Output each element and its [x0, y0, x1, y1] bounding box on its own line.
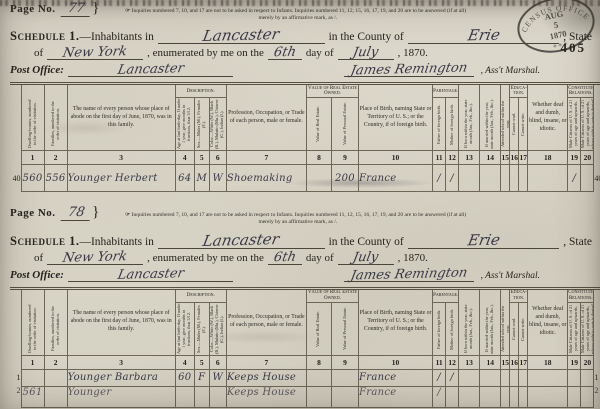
state-blank: New York	[47, 46, 143, 60]
day-blank: 6th	[268, 46, 302, 60]
cell-deaf-dumb	[528, 369, 568, 386]
cell-sex: M	[194, 165, 209, 192]
schedule-page-78: Page No. 78 } ☞ Inquiries numbered 7, 10…	[0, 204, 600, 407]
column-number: 3	[67, 151, 175, 165]
state-value: New York	[62, 250, 128, 265]
schedule-page-77: Page No. 77 } ☞ Inquiries numbered 7, 10…	[0, 0, 600, 192]
column-number: 11	[433, 151, 446, 165]
column-number: 9	[331, 355, 358, 369]
col-header-family: Families, numbered in the order of visit…	[44, 84, 67, 151]
col-header-citizen-denied: Male Citizens of U. S. of 21 years of ag…	[581, 302, 594, 355]
col-header-deaf-dumb: Whether deaf and dumb, blind, insane, or…	[528, 288, 568, 355]
col-header-cannot-read: Cannot read.	[510, 98, 519, 151]
marshal-signature: James Remington	[349, 266, 468, 282]
col-header-personal-estate: Value of Personal Estate.	[331, 302, 358, 355]
col-header-cannot-read: Cannot read.	[510, 302, 519, 355]
group-constitutional: Constitutional Relations.	[568, 288, 594, 302]
column-number: 19	[568, 355, 581, 369]
column-number: 1	[21, 355, 44, 369]
cell-citizen: /	[568, 165, 581, 192]
county-value: Erie	[466, 232, 501, 248]
cell-cannot-read	[510, 386, 519, 407]
census-table-78: Dwelling-houses, numbered in the order o…	[10, 287, 600, 408]
census-table-77: Dwelling-houses, numbered in the order o…	[10, 82, 600, 192]
line-number-right: 40	[594, 165, 600, 192]
brace-glyph: }	[92, 204, 99, 221]
brace-glyph: }	[92, 0, 99, 17]
page-no-label: Page No.	[10, 207, 56, 219]
group-parentage: Parentage.	[433, 288, 459, 302]
cell-personal-estate	[331, 386, 358, 407]
column-number: 7	[226, 355, 306, 369]
col-header-family: Families, numbered in the order of visit…	[44, 288, 67, 355]
column-number: 6	[209, 355, 226, 369]
column-number: 17	[519, 151, 528, 165]
col-header-citizen-denied: Male Citizens of U. S. of 21 years of ag…	[581, 98, 594, 151]
county-blank: Erie	[408, 233, 560, 249]
page-no-value: 78	[60, 205, 91, 221]
month-blank: July	[338, 46, 394, 60]
group-description: Description.	[175, 288, 226, 302]
column-number: 15	[501, 151, 510, 165]
post-office-label: Post Office:	[10, 64, 64, 76]
col-header-color: Color.—White (W.), Black (B.), Mulatto (…	[209, 98, 226, 151]
census-document-page: CENSUS OFFICE AUG 5 1870 ✳ ✳ ✳ Page No. …	[0, 0, 600, 409]
group-description: Description.	[175, 84, 226, 98]
cell-color	[209, 386, 226, 407]
cell-married-month	[480, 369, 501, 386]
record-row-2-partial: 2 561 Younger Keeps House France /	[10, 386, 600, 407]
cell-occupation: Shoemaking	[226, 165, 306, 192]
town-value: Lancaster	[202, 27, 281, 44]
column-number: 7	[226, 151, 306, 165]
col-header-real-estate: Value of Real Estate.	[306, 302, 331, 355]
col-header-occupation: Profession, Occupation, or Trade of each…	[226, 288, 306, 355]
cell-birthplace: France	[359, 369, 433, 386]
instructions-note: ☞ Inquiries numbered 7, 10, and 17 are n…	[125, 212, 470, 226]
county-blank: Erie	[408, 28, 560, 44]
post-office-line: Post Office: Lancaster James Remington ,…	[10, 63, 592, 77]
pointing-hand-icon: ☞	[125, 8, 130, 14]
state-suffix: , State	[563, 236, 592, 248]
col-header-birthplace: Place of Birth, naming State or Territor…	[359, 288, 433, 355]
record-row-40: 40 560 556 Younger Herbert 64 M W Shoema…	[10, 165, 600, 192]
column-number-row: 1234567891011121314151617181920	[10, 355, 600, 369]
group-parentage: Parentage.	[433, 84, 459, 98]
col-header-cannot-write: Cannot write.	[519, 98, 528, 151]
sheet-number: 405	[561, 40, 587, 56]
cell-family: 556	[44, 165, 67, 192]
post-office-label: Post Office:	[10, 269, 64, 281]
column-number: 2	[44, 355, 67, 369]
column-number: 18	[528, 151, 568, 165]
cell-citizen	[568, 386, 581, 407]
col-header-dwelling: Dwelling-houses, numbered in the order o…	[21, 288, 44, 355]
enumerated-label: , enumerated by me on the	[147, 252, 264, 264]
cell-name: Younger Barbara	[67, 369, 175, 386]
signature-block: James Remington , Ass't Marshal.	[340, 63, 592, 77]
line-number-left: 2	[10, 386, 21, 407]
cell-mother-foreign: /	[446, 165, 459, 192]
enumeration-line: of New York , enumerated by me on the 6t…	[10, 251, 592, 265]
group-constitutional: Constitutional Relations.	[568, 84, 594, 98]
column-number: 20	[581, 355, 594, 369]
cell-real-estate	[306, 386, 331, 407]
column-number-row: 1234567891011121314151617181920	[10, 151, 600, 165]
cell-birthplace: France	[359, 165, 433, 192]
cell-family	[44, 386, 67, 407]
col-header-mother-foreign: Mother of foreign birth.	[446, 98, 459, 151]
cell-mother-foreign: /	[446, 369, 459, 386]
column-number: 13	[459, 355, 480, 369]
record-row-1: 1 Younger Barbara 60 F W Keeps House Fra…	[10, 369, 600, 386]
county-label: in the County of	[329, 236, 404, 248]
col-header-father-foreign: Father of foreign birth.	[433, 98, 446, 151]
cell-married-month	[480, 165, 501, 192]
column-number: 12	[446, 355, 459, 369]
cell-real-estate	[306, 369, 331, 386]
cell-school	[501, 386, 510, 407]
signature-blank: James Remington	[344, 63, 474, 77]
column-number: 13	[459, 151, 480, 165]
column-number: 12	[446, 151, 459, 165]
cell-sex: F	[194, 369, 209, 386]
cell-married-month	[480, 386, 501, 407]
group-header-row: Dwelling-houses, numbered in the order o…	[10, 288, 600, 302]
col-header-citizen: Male Citizens of U. S. of 21 years of ag…	[568, 302, 581, 355]
col-header-personal-estate: Value of Personal Estate.	[331, 98, 358, 151]
cell-age	[175, 386, 194, 407]
inhabitants-label: —Inhabitants in	[79, 236, 153, 248]
col-header-dwelling: Dwelling-houses, numbered in the order o…	[21, 84, 44, 151]
note-text-1: Inquiries numbered 7, 10, and 17 are not…	[132, 8, 467, 14]
column-number: 5	[194, 151, 209, 165]
cell-age: 64	[175, 165, 194, 192]
of-label: of	[34, 252, 43, 264]
col-header-real-estate: Value of Real Estate.	[306, 98, 331, 151]
year-label: , 1870.	[398, 47, 428, 59]
col-header-age: Age at last birth-day. If under 1 year, …	[175, 302, 194, 355]
column-number: 17	[519, 355, 528, 369]
cell-citizen-denied	[581, 165, 594, 192]
line-number-right: 1	[594, 369, 600, 386]
col-header-father-foreign: Father of foreign birth.	[433, 302, 446, 355]
town-value: Lancaster	[202, 232, 281, 249]
col-header-citizen: Male Citizens of U. S. of 21 years of ag…	[568, 98, 581, 151]
marshal-signature: James Remington	[349, 62, 468, 78]
column-number: 18	[528, 355, 568, 369]
col-header-born-month: If born within the year, state month (Ja…	[459, 288, 480, 355]
column-number: 3	[67, 355, 175, 369]
cell-citizen	[568, 369, 581, 386]
schedule-label: Schedule 1.	[10, 29, 79, 44]
cell-born-month	[459, 369, 480, 386]
column-number: 16	[510, 151, 519, 165]
cell-cannot-write	[519, 369, 528, 386]
cell-color: W	[209, 165, 226, 192]
cell-personal-estate	[331, 369, 358, 386]
cell-cannot-write	[519, 386, 528, 407]
cell-real-estate	[306, 165, 331, 192]
column-number: 8	[306, 151, 331, 165]
cell-dwelling	[21, 369, 44, 386]
column-number: 10	[359, 151, 433, 165]
post-office-blank: Lancaster	[68, 268, 233, 282]
cell-father-foreign: /	[433, 369, 446, 386]
day-value: 6th	[273, 250, 297, 264]
day-of-label: day of	[306, 252, 334, 264]
col-header-married-month: If married within the year, state month …	[480, 84, 501, 151]
column-number: 11	[433, 355, 446, 369]
column-number: 15	[501, 355, 510, 369]
column-number: 16	[510, 355, 519, 369]
column-number: 20	[581, 151, 594, 165]
cell-born-month	[459, 165, 480, 192]
marshal-title: , Ass't Marshal.	[481, 66, 540, 76]
month-value: July	[352, 46, 380, 60]
cell-father-foreign: /	[433, 386, 446, 407]
column-number: 6	[209, 151, 226, 165]
county-value: Erie	[466, 28, 501, 44]
county-label: in the County of	[329, 31, 404, 43]
cell-color: W	[209, 369, 226, 386]
col-header-birthplace: Place of Birth, naming State or Territor…	[359, 84, 433, 151]
column-number: 1	[21, 151, 44, 165]
col-header-school: Attended school within the year.	[501, 84, 510, 151]
month-blank: July	[338, 251, 394, 265]
signature-blank: James Remington	[344, 268, 474, 282]
cell-father-foreign: /	[433, 165, 446, 192]
cell-cannot-read	[510, 369, 519, 386]
col-header-deaf-dumb: Whether deaf and dumb, blind, insane, or…	[528, 84, 568, 151]
enumerated-label: , enumerated by me on the	[147, 47, 264, 59]
signature-block: James Remington , Ass't Marshal.	[340, 268, 592, 282]
page-no-value: 77	[60, 1, 91, 17]
group-education: Educa-tion.	[510, 288, 528, 302]
col-header-name: The name of every person whose place of …	[67, 84, 175, 151]
margin-cell	[594, 84, 600, 165]
col-header-color: Color.—White (W.), Black (B.), Mulatto (…	[209, 302, 226, 355]
cell-citizen-denied	[581, 386, 594, 407]
column-number: 5	[194, 355, 209, 369]
cell-name: Younger Herbert	[67, 165, 175, 192]
town-blank: Lancaster	[158, 28, 325, 44]
instructions-note: ☞ Inquiries numbered 7, 10, and 17 are n…	[125, 8, 470, 22]
day-value: 6th	[273, 46, 297, 60]
margin-cell	[10, 288, 21, 369]
cell-deaf-dumb	[528, 386, 568, 407]
col-header-name: The name of every person whose place of …	[67, 288, 175, 355]
margin-cell	[10, 84, 21, 165]
col-header-married-month: If married within the year, state month …	[480, 288, 501, 355]
note-text-1: Inquiries numbered 7, 10, and 17 are not…	[132, 212, 467, 218]
pointing-hand-icon: ☞	[125, 212, 130, 218]
column-number: 9	[331, 151, 358, 165]
column-number: 10	[359, 355, 433, 369]
col-header-sex: Sex.—Males (M.), Females (F.).	[194, 98, 209, 151]
margin-cell	[594, 288, 600, 369]
cell-school	[501, 369, 510, 386]
cell-school	[501, 165, 510, 192]
schedule-title-line: Schedule 1. —Inhabitants in Lancaster in…	[10, 233, 592, 249]
col-header-cannot-write: Cannot write.	[519, 302, 528, 355]
enumeration-line: of New York , enumerated by me on the 6t…	[10, 46, 592, 60]
cell-deaf-dumb	[528, 165, 568, 192]
cell-family	[44, 369, 67, 386]
cell-sex	[194, 386, 209, 407]
col-header-school: Attended school within the year.	[501, 288, 510, 355]
line-number-left: 40	[10, 165, 21, 192]
inhabitants-label: —Inhabitants in	[79, 31, 153, 43]
cell-mother-foreign	[446, 386, 459, 407]
cell-citizen-denied	[581, 369, 594, 386]
post-office-value: Lancaster	[116, 267, 184, 282]
note-line-2: merely by an affirmative mark, as /.	[125, 15, 470, 22]
post-office-line: Post Office: Lancaster James Remington ,…	[10, 268, 592, 282]
note-line-2: merely by an affirmative mark, as /.	[125, 219, 470, 226]
column-number: 14	[480, 151, 501, 165]
day-blank: 6th	[268, 251, 302, 265]
col-header-mother-foreign: Mother of foreign birth.	[446, 302, 459, 355]
page-number-line: Page No. 78 } ☞ Inquiries numbered 7, 10…	[10, 204, 592, 226]
line-number-left: 1	[10, 369, 21, 386]
cell-occupation: Keeps House	[226, 386, 306, 407]
cell-dwelling: 560	[21, 165, 44, 192]
group-value: Value of Real Estate Owned.	[306, 84, 358, 98]
column-number: 4	[175, 355, 194, 369]
col-header-born-month: If born within the year, state month (Ja…	[459, 84, 480, 151]
state-value: New York	[62, 45, 128, 60]
group-header-row: Dwelling-houses, numbered in the order o…	[10, 84, 600, 98]
cell-birthplace: France	[359, 386, 433, 407]
of-label: of	[34, 47, 43, 59]
column-number: 2	[44, 151, 67, 165]
line-number-right: 2	[594, 386, 600, 407]
column-number: 14	[480, 355, 501, 369]
cell-cannot-read	[510, 165, 519, 192]
schedule-title-line: Schedule 1. —Inhabitants in Lancaster in…	[10, 28, 592, 44]
state-blank: New York	[47, 251, 143, 265]
col-header-occupation: Profession, Occupation, or Trade of each…	[226, 84, 306, 151]
marshal-title: , Ass't Marshal.	[481, 271, 540, 281]
cell-occupation: Keeps House	[226, 369, 306, 386]
cell-personal-estate: 200	[331, 165, 358, 192]
column-number: 4	[175, 151, 194, 165]
post-office-blank: Lancaster	[68, 63, 233, 77]
day-of-label: day of	[306, 47, 334, 59]
group-value: Value of Real Estate Owned.	[306, 288, 358, 302]
col-header-sex: Sex.—Males (M.), Females (F.).	[194, 302, 209, 355]
cell-born-month	[459, 386, 480, 407]
cell-age: 60	[175, 369, 194, 386]
town-blank: Lancaster	[158, 233, 325, 249]
year-label: , 1870.	[398, 252, 428, 264]
page-no-label: Page No.	[10, 3, 56, 15]
cell-dwelling: 561	[21, 386, 44, 407]
month-value: July	[352, 250, 380, 264]
schedule-label: Schedule 1.	[10, 234, 79, 249]
page-number-line: Page No. 77 } ☞ Inquiries numbered 7, 10…	[10, 0, 592, 22]
post-office-value: Lancaster	[116, 62, 184, 77]
cell-name: Younger	[67, 386, 175, 407]
column-number: 8	[306, 355, 331, 369]
cell-cannot-write	[519, 165, 528, 192]
group-education: Educa-tion.	[510, 84, 528, 98]
col-header-age: Age at last birth-day. If under 1 year, …	[175, 98, 194, 151]
column-number: 19	[568, 151, 581, 165]
